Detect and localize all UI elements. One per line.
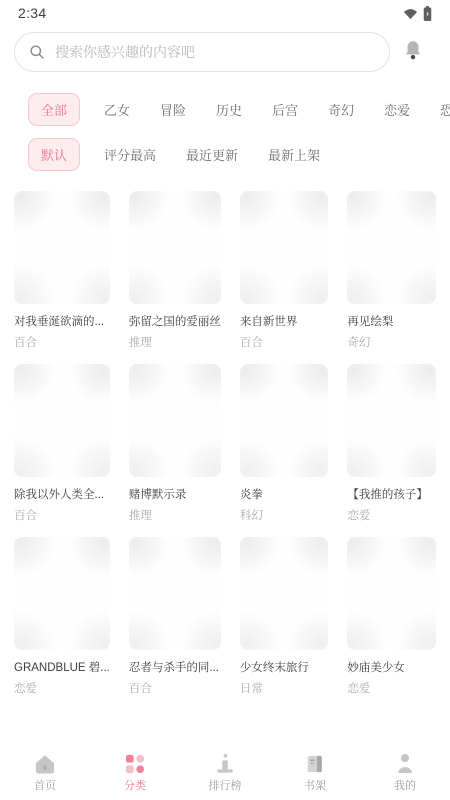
category-chip-adventure[interactable]: 冒险 (154, 93, 192, 126)
comic-genre: 日常 (240, 680, 329, 696)
category-chip-all[interactable]: 全部 (28, 93, 80, 126)
app-screen: 2:34 (0, 0, 450, 800)
sort-chip-default[interactable]: 默认 (28, 138, 80, 171)
status-time: 2:34 (18, 5, 46, 21)
comic-card[interactable]: 除我以外人类全... 百合 (14, 364, 110, 523)
comic-genre: 恋爱 (347, 680, 436, 696)
comic-cover-placeholder (14, 537, 110, 650)
comic-genre: 恋爱 (347, 507, 436, 523)
status-icons (403, 6, 432, 21)
nav-home[interactable]: 首页 (0, 752, 90, 793)
comic-card[interactable]: 来自新世界 百合 (240, 191, 329, 350)
comic-card[interactable]: 再见绘梨 奇幻 (347, 191, 436, 350)
comic-genre: 百合 (240, 334, 329, 350)
comic-genre: 百合 (129, 680, 221, 696)
comic-title: 除我以外人类全... (14, 486, 110, 502)
comic-title: 赌博默示录 (129, 486, 221, 502)
wifi-icon (403, 7, 418, 20)
nav-profile[interactable]: 我的 (360, 752, 450, 793)
comic-card[interactable]: 少女终末旅行 日常 (240, 537, 329, 696)
comic-cover-placeholder (240, 364, 329, 477)
comic-card[interactable]: 赌博默示录 推理 (129, 364, 221, 523)
nav-bookshelf[interactable]: 书架 (270, 752, 360, 793)
nav-home-label: 首页 (34, 777, 56, 793)
sort-chip-top-rated[interactable]: 评分最高 (98, 138, 162, 171)
comic-card[interactable]: 炎拳 科幻 (240, 364, 329, 523)
comic-genre: 科幻 (240, 507, 329, 523)
comic-card[interactable]: 对我垂涎欲滴的... 百合 (14, 191, 110, 350)
comic-genre: 恋爱 (14, 680, 110, 696)
bell-icon (403, 39, 423, 66)
comic-cover-placeholder (240, 191, 329, 304)
notification-button[interactable] (390, 39, 436, 66)
comic-title: 妙庙美少女 (347, 659, 436, 675)
comic-card[interactable]: 【我推的孩子】 恋爱 (347, 364, 436, 523)
nav-ranking-label: 排行榜 (209, 777, 242, 793)
comic-cover-placeholder (129, 537, 221, 650)
comic-cover-placeholder (240, 537, 329, 650)
comic-genre: 百合 (14, 507, 110, 523)
comic-title: 【我推的孩子】 (347, 486, 436, 502)
sort-filter-row[interactable]: 默认 评分最高 最近更新 最新上架 (0, 138, 450, 171)
search-bar[interactable] (14, 32, 390, 72)
battery-icon (423, 6, 432, 21)
comic-cover-placeholder (347, 191, 436, 304)
comic-title: 来自新世界 (240, 313, 329, 329)
sort-chip-newest[interactable]: 最新上架 (262, 138, 326, 171)
comic-card[interactable]: 弥留之国的爱丽丝 推理 (129, 191, 221, 350)
comic-title: GRANDBLUE 碧... (14, 659, 110, 675)
comic-title: 炎拳 (240, 486, 329, 502)
status-bar: 2:34 (0, 0, 450, 26)
comic-genre: 推理 (129, 507, 221, 523)
comic-genre: 百合 (14, 334, 110, 350)
search-input[interactable] (55, 44, 375, 60)
comic-cover-placeholder (14, 364, 110, 477)
nav-bookshelf-label: 书架 (304, 777, 326, 793)
comic-cover-placeholder (129, 191, 221, 304)
comic-card[interactable]: 妙庙美少女 恋爱 (347, 537, 436, 696)
comic-cover-placeholder (347, 537, 436, 650)
bookshelf-icon (305, 752, 325, 774)
nav-ranking[interactable]: 排行榜 (180, 752, 270, 793)
search-icon (29, 44, 55, 60)
nav-category[interactable]: 分类 (90, 752, 180, 793)
ranking-podium-icon (215, 752, 235, 774)
comic-card[interactable]: 忍者与杀手的同... 百合 (129, 537, 221, 696)
home-icon (34, 752, 56, 774)
category-filter-row[interactable]: 全部 乙女 冒险 历史 后宫 奇幻 恋爱 恐怖 (0, 93, 450, 126)
category-chip-horror[interactable]: 恐怖 (434, 93, 450, 126)
comic-genre: 推理 (129, 334, 221, 350)
comic-cover-placeholder (347, 364, 436, 477)
comic-card[interactable]: GRANDBLUE 碧... 恋爱 (14, 537, 110, 696)
comic-genre: 奇幻 (347, 334, 436, 350)
comic-title: 少女终末旅行 (240, 659, 329, 675)
category-chip-otome[interactable]: 乙女 (98, 93, 136, 126)
category-chip-fantasy[interactable]: 奇幻 (322, 93, 360, 126)
comic-title: 对我垂涎欲滴的... (14, 313, 110, 329)
nav-category-label: 分类 (124, 777, 146, 793)
comic-title: 弥留之国的爱丽丝 (129, 313, 221, 329)
category-chip-romance[interactable]: 恋爱 (378, 93, 416, 126)
comic-cover-placeholder (129, 364, 221, 477)
bottom-nav: 首页 分类 排行榜 (0, 744, 450, 800)
comic-title: 忍者与杀手的同... (129, 659, 221, 675)
category-grid-icon (125, 752, 145, 774)
search-row (14, 32, 436, 72)
comic-grid: 对我垂涎欲滴的... 百合 弥留之国的爱丽丝 推理 来自新世界 百合 再见绘梨 … (0, 191, 450, 696)
sort-chip-recently-updated[interactable]: 最近更新 (180, 138, 244, 171)
comic-title: 再见绘梨 (347, 313, 436, 329)
comic-cover-placeholder (14, 191, 110, 304)
category-chip-history[interactable]: 历史 (210, 93, 248, 126)
profile-icon (395, 752, 415, 774)
category-chip-harem[interactable]: 后宫 (266, 93, 304, 126)
nav-profile-label: 我的 (394, 777, 416, 793)
